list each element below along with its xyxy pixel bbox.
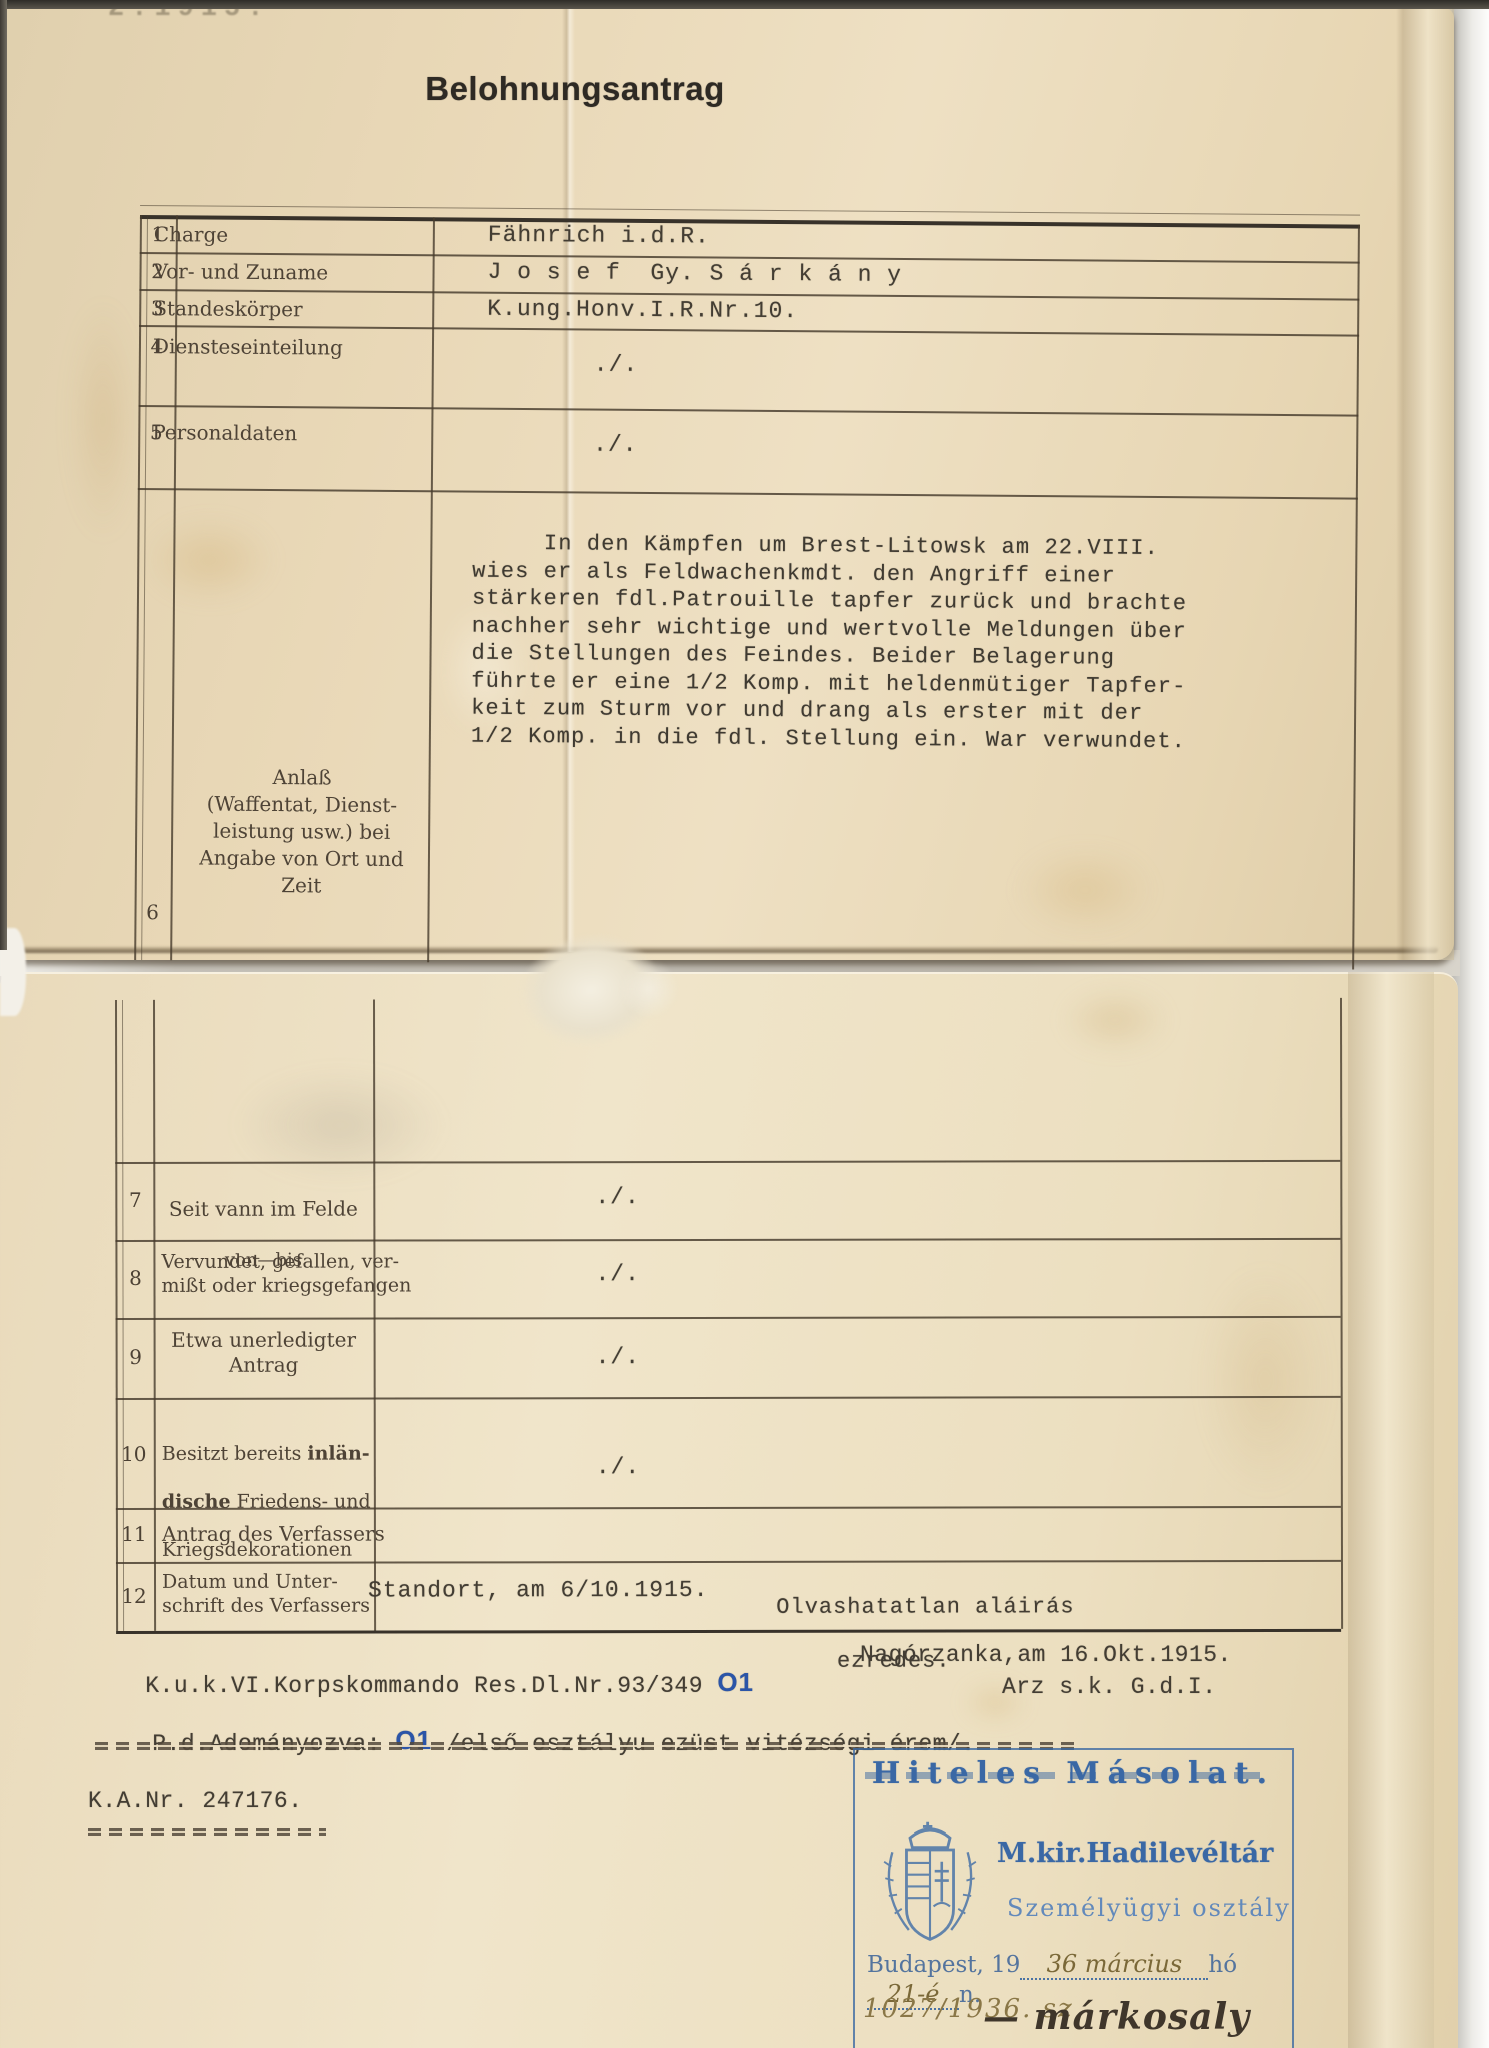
row-number: 11 xyxy=(116,1522,152,1546)
scan-edge-top xyxy=(0,0,1489,9)
form-table-bottom: 7 8 9 10 11 12 Seit vann im Felde von—bi… xyxy=(115,998,1344,1634)
field-label-verwundet: Vervundet, gefallen, ver- mißt oder krie… xyxy=(161,1249,411,1297)
handwritten-signature: — márkosaly xyxy=(983,1996,1250,2038)
label-part: Besitzt bereits xyxy=(162,1443,308,1465)
document-title: Belohnungsantrag xyxy=(0,70,1150,108)
right-curl-highlight xyxy=(1396,8,1454,960)
table-line xyxy=(153,1000,156,1631)
field-label-datum-unterschrift: Datum und Unter- schrift des Verfassers xyxy=(162,1570,370,1618)
signature-note-line1: Olvashatatlan aláirás xyxy=(776,1594,1074,1620)
field-value-charge: Fähnrich i.d.R. xyxy=(488,222,710,250)
table-line xyxy=(1340,998,1343,1629)
label-part-bold: dische xyxy=(162,1491,231,1513)
table-line xyxy=(138,405,1358,417)
field-value-standort-datum: Standort, am 6/10.1915. xyxy=(368,1577,708,1604)
archive-stamp-box: Hiteles Másolat. M.kir.Hadilevéltár xyxy=(853,1748,1294,2048)
row-number: 9 xyxy=(118,1345,154,1369)
table-line xyxy=(115,1160,1340,1164)
stamp-title: Hiteles Másolat. xyxy=(855,1756,1292,1791)
field-label-unerledigter-antrag: Etwa unerledigter Antrag xyxy=(156,1328,372,1378)
korpskommando-text: K.u.k.VI.Korpskommando Res.Dl.Nr.93/349 xyxy=(145,1673,717,1699)
field-value-personaldaten: ./. xyxy=(593,432,638,458)
scanned-document-belohnungsantrag: 2.1915. Belohnungsantrag 1 2 3 4 5 6 Cha… xyxy=(0,0,1489,2048)
field-value-anlass-paragraph: In den Kämpfen um Brest-Litowsk am 22.VI… xyxy=(471,530,1188,756)
nagorzanka-line: Nagórzanka,am 16.Okt.1915. xyxy=(860,1642,1232,1668)
row-number: 6 xyxy=(134,900,170,924)
field-label-name: Vor- und Zuname xyxy=(153,259,328,285)
arz-line: Arz s.k. G.d.I. xyxy=(1002,1674,1217,1700)
form-table-top: 1 2 3 4 5 6 Charge Vor- und Zuname Stand… xyxy=(134,215,1360,970)
field-label-line: Seit vann im Felde xyxy=(169,1197,358,1221)
handwritten-month: 36 március xyxy=(1020,1950,1208,1980)
stamp-org-name: M.kir.Hadilevéltár xyxy=(997,1838,1273,1869)
field-label-diensteseinteilung: Diensteseinteilung xyxy=(153,334,343,360)
right-curl-highlight-bottom xyxy=(1348,972,1434,2048)
table-line xyxy=(138,488,1358,500)
field-label-antrag-verfasser: Antrag des Verfassers xyxy=(162,1522,385,1547)
hungarian-coat-of-arms-icon xyxy=(871,1810,989,1970)
o1-mark: O1 xyxy=(717,1667,754,1698)
typed-dashed-rule xyxy=(88,1828,326,1836)
stamp-place-prefix: Budapest, 19 xyxy=(867,1952,1020,1978)
label-part: Friedens- und xyxy=(231,1491,371,1513)
stamp-ho-label: hó xyxy=(1208,1952,1237,1978)
row-number: 7 xyxy=(117,1188,153,1212)
ka-number-line: K.A.Nr. 247176. xyxy=(88,1788,303,1814)
table-line xyxy=(116,1316,1341,1320)
scan-edge-left xyxy=(0,0,7,950)
row-number: 8 xyxy=(117,1266,153,1290)
field-value-name: J o s e f Gy. S á r k á n y xyxy=(487,259,902,288)
field-label-anlass: Anlaß (Waffentat, Dienst- leistung usw.)… xyxy=(175,763,429,900)
field-value-verwundet: ./. xyxy=(595,1261,639,1287)
field-label-personaldaten: Personaldaten xyxy=(152,420,297,446)
field-value-unerledigter-antrag: ./. xyxy=(596,1344,640,1370)
o1-mark: O1 xyxy=(395,1725,432,1756)
field-value-diensteseinteilung: ./. xyxy=(594,352,639,378)
stain xyxy=(58,260,148,580)
table-line xyxy=(116,1396,1341,1400)
label-part-bold: inlän- xyxy=(307,1443,369,1465)
row-number: 10 xyxy=(116,1442,152,1466)
field-label-charge: Charge xyxy=(154,222,229,248)
field-value-standeskoerper: K.ung.Honv.I.R.Nr.10. xyxy=(487,296,798,324)
field-value-dekorationen: ./. xyxy=(596,1454,640,1480)
field-value-seit-wann: ./. xyxy=(595,1184,639,1210)
field-label-standeskoerper: Standeskörper xyxy=(153,296,303,322)
stamp-department: Személyügyi osztály xyxy=(1007,1894,1291,1922)
row-number: 12 xyxy=(116,1584,152,1608)
